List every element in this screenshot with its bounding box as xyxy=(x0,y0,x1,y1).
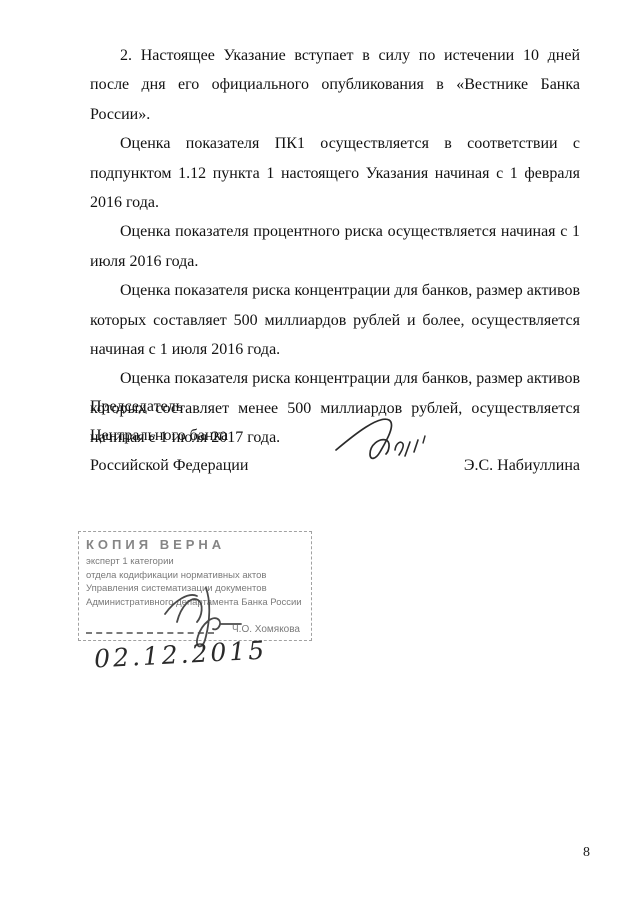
paragraph-interest-risk: Оценка показателя процентного риска осущ… xyxy=(90,217,580,276)
document-page: 2. Настоящее Указание вступает в силу по… xyxy=(0,0,640,905)
paragraph-effective-date: 2. Настоящее Указание вступает в силу по… xyxy=(90,41,580,129)
signer-name: Э.С. Набиуллина xyxy=(464,451,580,480)
paragraph-concentration-risk-large-banks: Оценка показателя риска концентрации для… xyxy=(90,276,580,364)
signature-block: Председатель Центрального банка Российск… xyxy=(90,392,580,480)
stamp-title: КОПИЯ ВЕРНА xyxy=(86,537,304,552)
document-body: 2. Настоящее Указание вступает в силу по… xyxy=(90,41,580,453)
certification-stamp: КОПИЯ ВЕРНА эксперт 1 категории отдела к… xyxy=(78,531,312,641)
chairman-signature-scribble xyxy=(333,410,453,468)
handwritten-date: 02.12.2015 xyxy=(93,635,267,673)
page-number: 8 xyxy=(583,845,590,861)
stamp-line: эксперт 1 категории xyxy=(86,555,304,569)
paragraph-pk1-assessment: Оценка показателя ПК1 осуществляется в с… xyxy=(90,129,580,217)
stamp-line: отдела кодификации нормативных актов xyxy=(86,569,304,583)
